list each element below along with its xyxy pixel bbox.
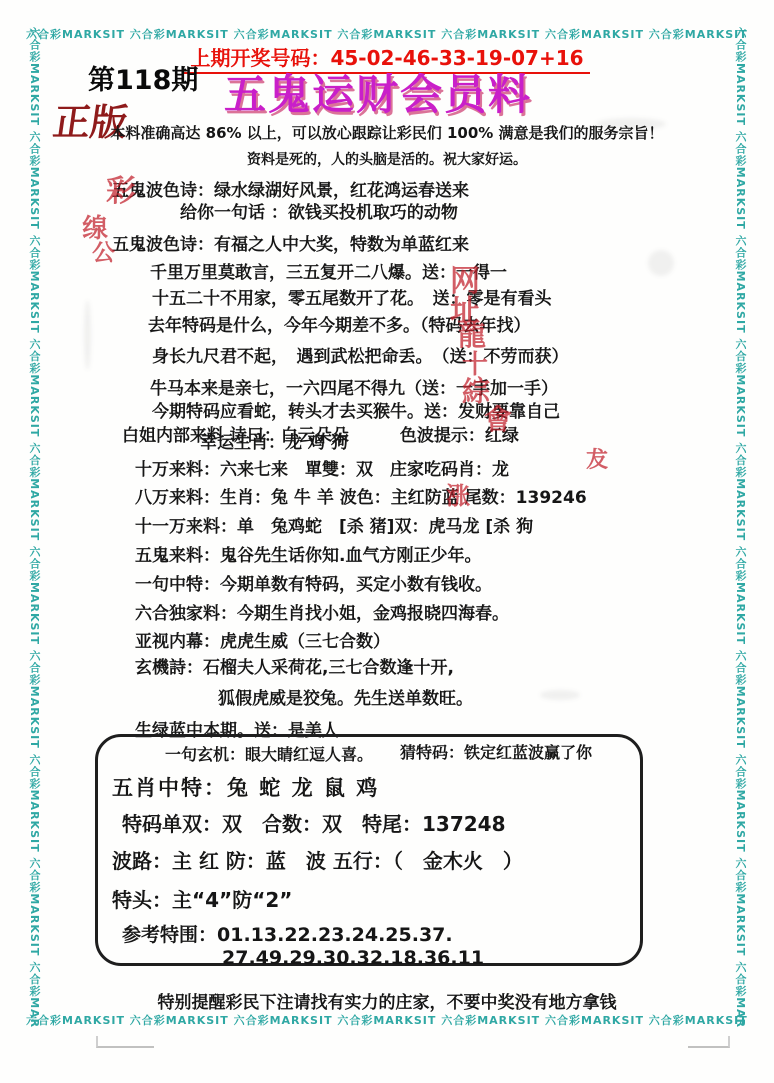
poem-line: 身长九尺君不起， 遇到武松把命丢。 （送：不劳而获） (152, 342, 569, 367)
red-watermark-stamp: 犮 (586, 443, 608, 474)
poem-line: 今期特码应看蛇，转头才去买猴牛。送：发财要靠自己 (152, 397, 560, 422)
border-top-marksit: 六合彩MARKSIT 六合彩MARKSIT 六合彩MARKSIT 六合彩MARK… (26, 27, 748, 43)
mystery-poem-line: 玄機詩：石榴夫人采荷花,三七合数逢十开, (135, 653, 454, 678)
five-zodiac-special-line: 五肖中特：兔 蛇 龙 鼠 鸡 (112, 772, 379, 802)
accuracy-slogan: 本料准确高达 86% 以上，可以放心跟踪让彩民们 100% 满意是我们的服务宗旨… (0, 122, 774, 143)
scan-corner-mark (688, 1036, 730, 1048)
red-watermark-stamp: 缐 (82, 208, 108, 245)
poem-line: 千里万里莫敢言，三五复开二八爆。送：一得一 (150, 258, 507, 283)
reference-numbers-line-2: 27.49.29.30.32.18.36.11 (222, 947, 484, 969)
mystery-poem-line-2: 狐假虎威是狡兔。先生送单数旺。 (218, 684, 473, 709)
lucky-zodiac-line: 幸运生肖：龙 鸡 狗 (200, 428, 348, 453)
exclusive-material-line: 六合独家料：今期生肖找小姐，金鸡报晓四海春。 (135, 599, 509, 624)
guess-special-line: 猜特码：铁定红蓝波赢了你 (400, 740, 592, 763)
scan-smudge (540, 690, 580, 700)
scan-smudge (84, 300, 91, 370)
five-ghost-material-line: 五鬼来料：鬼谷先生话你知.血气方刚正少年。 (135, 541, 481, 566)
mystery-hint-line: 一句玄机：眼大睛红逗人喜。 (165, 742, 373, 765)
page-title: 五鬼运财会员料 (224, 62, 532, 122)
material-110k-line: 十一万来料：单 兔鸡蛇 [杀 猪]双：虎马龙 [杀 狗 (135, 512, 533, 537)
motto-line: 资料是死的，人的头脑是活的。祝大家好运。 (0, 149, 774, 169)
border-right-marksit: 六合彩MARKSIT 六合彩MARKSIT 六合彩MARKSIT 六合彩MARK… (733, 27, 748, 1029)
atv-insider-line: 亚视内幕：虎虎生威（三七合数） (135, 627, 390, 652)
border-bottom-marksit: 六合彩MARKSIT 六合彩MARKSIT 六合彩MARKSIT 六合彩MARK… (26, 1013, 748, 1029)
scan-corner-mark (96, 1036, 154, 1048)
one-sentence-special-line: 一句中特：今期单数有特码，买定小数有钱收。 (135, 570, 492, 595)
hint-sentence: 给你一句话 ：欲钱买投机取巧的动物 (180, 198, 458, 223)
wave-path-elements-line: 波路：主 红 防：蓝 波 五行：（ 金木火 ） (112, 845, 523, 874)
odd-even-sum-tail-line: 特码单双：双 合数：双 特尾：137248 (122, 808, 506, 837)
poem-line: 十五二十不用家，零五尾数开了花。 送：零是有看头 (152, 284, 552, 309)
wave-color-poem-2: 五鬼波色诗：有福之人中大奖，特数为单蓝红来 (112, 230, 469, 255)
bettor-warning: 特别提醒彩民下注请找有实力的庄家，不要中奖没有地方拿钱 (0, 988, 774, 1013)
scan-smudge (648, 250, 674, 276)
reference-numbers-line-1: 参考特围：01.13.22.23.24.25.37. (122, 920, 453, 947)
material-80k-line: 八万来料：生肖：兔 牛 羊 波色：主红防蓝 尾数：139246 (135, 483, 587, 508)
special-head-line: 特头：主“4”防“2” (112, 884, 292, 913)
scanned-lottery-tip-sheet: 六合彩MARKSIT 六合彩MARKSIT 六合彩MARKSIT 六合彩MARK… (0, 0, 774, 1083)
material-100k-line: 十万来料：六来七来 單雙：双 庄家吃码肖：龙 (135, 455, 509, 480)
poem-line: 牛马本来是亲七，一六四尾不得九（送：一手加一手） (150, 374, 558, 399)
border-left-marksit: 六合彩MARKSIT 六合彩MARKSIT 六合彩MARKSIT 六合彩MARK… (27, 27, 42, 1029)
poem-line: 去年特码是什么，今年今期差不多。（特码去年找） (148, 311, 531, 336)
